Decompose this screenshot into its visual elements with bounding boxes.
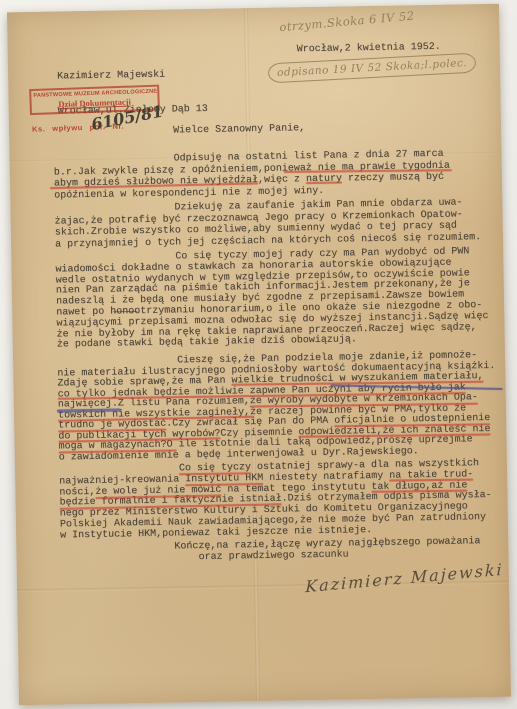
paragraph: Co się tyczy ostatniej sprawy-a dla nas … — [59, 459, 492, 542]
paragraph: Co się tyczy mojej rady czy ma Pan wydob… — [55, 247, 489, 352]
paragraph: Cieszę się,że Pan podziela moje zdanie,i… — [57, 351, 497, 464]
paragraph: Odpisuję na ostatni list Pana z dnia 27 … — [53, 149, 450, 202]
paragraph: Dziekuję za zaufanie jakim Pan mnie obda… — [54, 197, 481, 250]
photo-backdrop: otrzym.Skoka 6 IV 52 Kazimierz Majewski … — [0, 0, 517, 709]
letter-body: Odpisuję na ostatni list Pana z dnia 27 … — [7, 4, 511, 705]
letter-paper: otrzym.Skoka 6 IV 52 Kazimierz Majewski … — [7, 4, 511, 705]
